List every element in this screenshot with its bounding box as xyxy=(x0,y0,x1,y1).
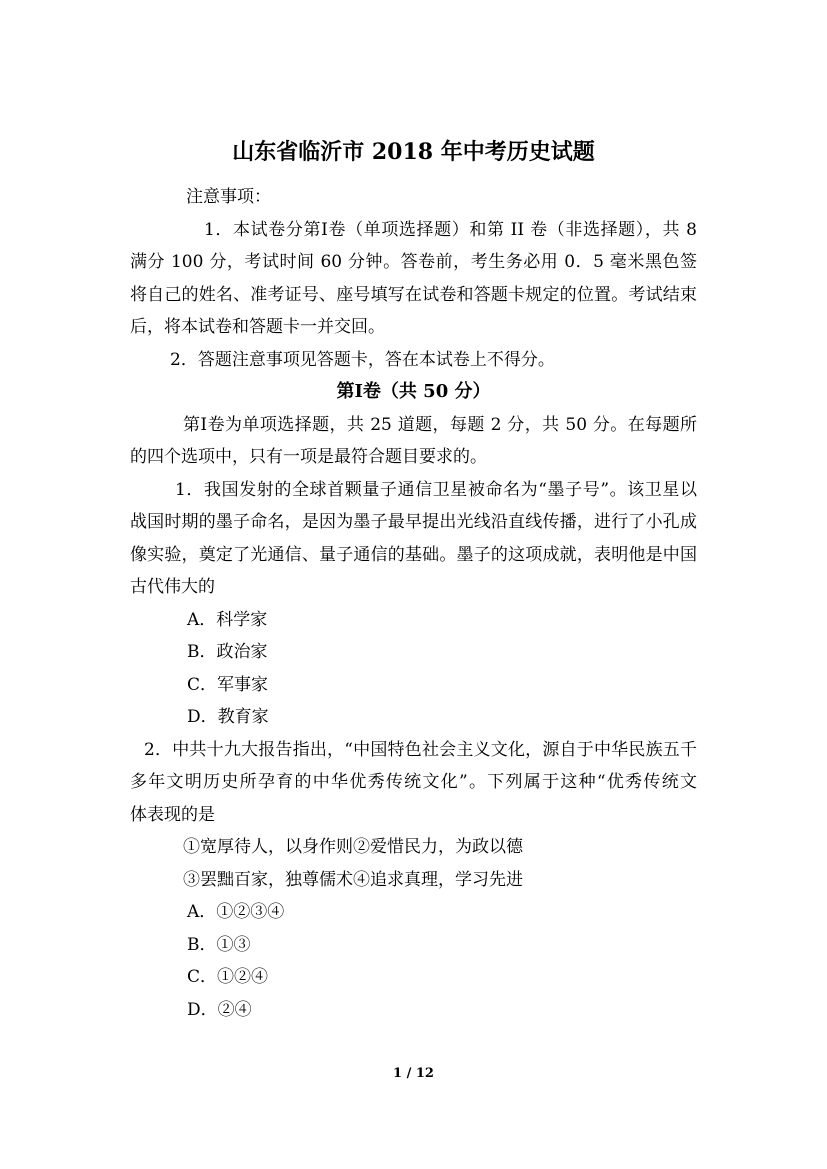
notice-item-1-line-2: 满分 100 分，考试时间 60 分钟。答卷前，考生务必用 0．5 毫米黑色签字… xyxy=(130,246,697,279)
question-1-option-b: B．政治家 xyxy=(130,636,697,669)
document-body: 山东省临沂市 2018 年中考历史试题 注意事项： 1．本试卷分第Ⅰ卷（单项选择… xyxy=(130,138,697,1026)
question-2-item-1-2: ①宽厚待人，以身作则②爱惜民力，为政以德 xyxy=(130,831,697,864)
question-2-option-b: B．①③ xyxy=(130,929,697,962)
notice-item-1-line-1: 1．本试卷分第Ⅰ卷（单项选择题）和第 II 卷（非选择题），共 8 页， xyxy=(130,214,697,247)
question-1-line-2: 战国时期的墨子命名，是因为墨子最早提出光线沿直线传播，进行了小孔成 xyxy=(130,506,697,539)
question-2-option-d: D．②④ xyxy=(130,994,697,1027)
question-2-line-3: 体表现的是 xyxy=(130,799,697,832)
notice-item-2: 2．答题注意事项见答题卡，答在本试卷上不得分。 xyxy=(130,344,697,377)
notice-item-1-line-4: 后，将本试卷和答题卡一并交回。 xyxy=(130,311,697,344)
document-title: 山东省临沂市 2018 年中考历史试题 xyxy=(130,138,697,166)
notice-item-1-line-3: 将自己的姓名、准考证号、座号填写在试卷和答题卡规定的位置。考试结束 xyxy=(130,279,697,312)
question-2-line-2: 多年文明历史所孕育的中华优秀传统文化”。下列属于这种“优秀传统文化”具 xyxy=(130,766,697,799)
question-2-item-3-4: ③罢黜百家，独尊儒术④追求真理，学习先进 xyxy=(130,864,697,897)
notice-heading: 注意事项： xyxy=(130,181,697,214)
question-1-line-4: 古代伟大的 xyxy=(130,571,697,604)
section-1-intro-line-2: 的四个选项中，只有一项是最符合题目要求的。 xyxy=(130,441,697,474)
question-2-option-c: C．①②④ xyxy=(130,961,697,994)
question-2-line-1: 2．中共十九大报告指出，“中国特色社会主义文化，源自于中华民族五千 xyxy=(130,734,697,767)
question-1-line-1: 1．我国发射的全球首颗量子通信卫星被命名为“墨子号”。该卫星以 xyxy=(130,474,697,507)
question-1-line-3: 像实验，奠定了光通信、量子通信的基础。墨子的这项成就，表明他是中国 xyxy=(130,539,697,572)
question-1-option-a: A．科学家 xyxy=(130,604,697,637)
question-2-option-a: A．①②③④ xyxy=(130,896,697,929)
question-1-option-c: C．军事家 xyxy=(130,669,697,702)
question-1-option-d: D．教育家 xyxy=(130,701,697,734)
section-1-intro-line-1: 第Ⅰ卷为单项选择题，共 25 道题，每题 2 分，共 50 分。在每题所列出 xyxy=(130,409,697,442)
section-1-heading: 第Ⅰ卷（共 50 分） xyxy=(130,376,697,409)
document-page: 山东省临沂市 2018 年中考历史试题 注意事项： 1．本试卷分第Ⅰ卷（单项选择… xyxy=(0,0,827,1169)
page-number: 1 / 12 xyxy=(0,1066,827,1082)
